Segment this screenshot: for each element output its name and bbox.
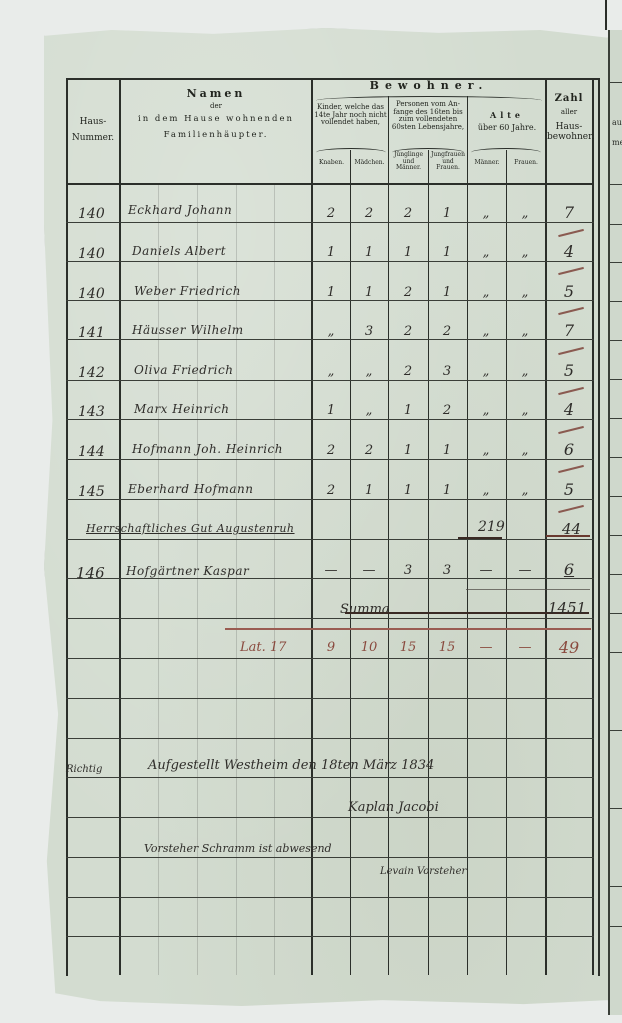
red-rule: [225, 628, 591, 630]
cell-juenglinge: 1: [389, 245, 427, 260]
col-rule: [388, 96, 389, 975]
cell-maenner: „: [467, 483, 505, 498]
cell-knaben: —: [312, 563, 350, 578]
household-head: Eckhard Johann: [128, 203, 232, 217]
cell-frauen: „: [506, 483, 544, 498]
cell-juenglinge: 3: [389, 563, 427, 578]
cell-maenner: „: [467, 443, 505, 458]
header-kinder: Kinder, welche das 14te Jahr noch nicht …: [313, 104, 388, 127]
cell-frauen: „: [506, 403, 544, 418]
header-rule: [66, 183, 594, 185]
cell-maedchen: 1: [350, 483, 388, 498]
house-number: 146: [76, 564, 105, 582]
summa-total: 1451: [548, 599, 586, 617]
row-rule: [66, 817, 594, 818]
cell-frauen: „: [506, 285, 544, 300]
cell-zahl: 5: [550, 361, 588, 380]
cell-maedchen: 3: [350, 324, 388, 339]
struck-entry-count: 219: [478, 519, 505, 535]
cell-jungfrauen: 1: [428, 285, 466, 300]
signature-vorsteher: Levain Vorsteher: [380, 866, 466, 877]
signature-kaplan: Kaplan Jacobi: [348, 800, 439, 815]
red-total-juenglinge: 15: [389, 640, 427, 655]
margin-note: Richtig: [66, 764, 102, 775]
cell-maenner: „: [467, 324, 505, 339]
cell-maenner: „: [467, 206, 505, 221]
red-total-knaben: 9: [312, 640, 350, 655]
header-zahl: Zahl aller Haus- bewohner.: [547, 93, 591, 142]
row-rule: [66, 698, 594, 699]
cell-jungfrauen: 2: [428, 324, 466, 339]
household-head: Hofmann Joh. Heinrich: [132, 442, 283, 456]
header-maenner: Männer.: [468, 160, 506, 167]
cell-zahl: 4: [550, 400, 588, 419]
cell-frauen: „: [506, 324, 544, 339]
wavy-rule: [466, 589, 590, 590]
adjacent-sheet-text: aus-: [612, 118, 622, 127]
header-frauen: Frauen.: [507, 160, 545, 167]
header-brace: [316, 148, 386, 157]
header-brace: [471, 148, 541, 157]
red-total-label: Lat. 17: [240, 640, 286, 655]
cell-maedchen: 2: [350, 206, 388, 221]
cell-maenner: —: [467, 563, 505, 578]
note-line: Vorsteher Schramm ist abwesend: [144, 842, 332, 855]
header-namen: Namen der in dem Hause wohnenden Familie…: [121, 88, 311, 140]
row-rule: [66, 459, 594, 460]
cell-knaben: „: [312, 324, 350, 339]
cell-zahl: 4: [550, 242, 588, 261]
cell-maenner: „: [467, 364, 505, 379]
cell-juenglinge: 2: [389, 206, 427, 221]
cell-juenglinge: 1: [389, 483, 427, 498]
row-rule: [66, 936, 594, 937]
cell-jungfrauen: 2: [428, 403, 466, 418]
cell-maenner: „: [467, 245, 505, 260]
household-head: Weber Friedrich: [134, 284, 241, 298]
row-rule: [66, 777, 594, 778]
cell-juenglinge: 1: [389, 403, 427, 418]
summa-label: Summa: [340, 602, 390, 617]
row-rule: [66, 419, 594, 420]
attestation-line: Aufgestellt Westheim den 18ten März 1834: [148, 758, 434, 773]
household-head: Eberhard Hofmann: [128, 482, 254, 496]
household-head: Daniels Albert: [132, 244, 226, 258]
row-rule: [66, 857, 594, 858]
cell-knaben: 1: [312, 285, 350, 300]
header-knaben: Knaben.: [313, 160, 350, 167]
cell-zahl: 7: [550, 203, 588, 222]
scanner-edge: [605, 0, 607, 30]
cell-jungfrauen: 1: [428, 483, 466, 498]
house-number: 140: [78, 286, 105, 302]
row-rule: [66, 261, 594, 262]
cell-maedchen: 1: [350, 285, 388, 300]
cell-juenglinge: 2: [389, 285, 427, 300]
strikethrough: [458, 537, 502, 539]
cell-frauen: „: [506, 245, 544, 260]
cell-frauen: „: [506, 364, 544, 379]
cell-jungfrauen: 1: [428, 206, 466, 221]
col-rule: [592, 78, 594, 975]
cell-jungfrauen: 1: [428, 443, 466, 458]
row-rule: [66, 380, 594, 381]
cell-jungfrauen: 1: [428, 245, 466, 260]
cell-knaben: 1: [312, 403, 350, 418]
house-number: 145: [78, 484, 105, 500]
household-head: Oliva Friedrich: [134, 363, 233, 377]
house-number: 140: [78, 246, 105, 262]
house-number: 143: [78, 404, 105, 420]
cell-maedchen: 1: [350, 245, 388, 260]
cell-zahl: 6: [550, 560, 588, 579]
cell-knaben: „: [312, 364, 350, 379]
header-bewohner: Bewohner.: [313, 80, 545, 92]
strikethrough: [546, 535, 590, 537]
header-maedchen: Mädchen.: [351, 160, 388, 167]
cell-zahl: 6: [550, 440, 588, 459]
house-number: 141: [78, 325, 105, 341]
red-total-maenner: —: [467, 640, 505, 655]
red-total-zahl: 49: [550, 638, 588, 657]
red-total-jungfrauen: 15: [428, 640, 466, 655]
header-haus-nummer: Haus- Nummer.: [68, 118, 118, 144]
col-rule: [545, 78, 547, 975]
cell-knaben: 2: [312, 483, 350, 498]
cell-jungfrauen: 3: [428, 563, 466, 578]
row-rule: [66, 897, 594, 898]
row-rule: [66, 658, 594, 659]
cell-knaben: 2: [312, 443, 350, 458]
row-rule: [66, 539, 594, 540]
cell-zahl: 5: [550, 480, 588, 499]
cell-maedchen: „: [350, 364, 388, 379]
row-rule: [66, 339, 594, 340]
row-rule: [66, 222, 594, 223]
row-rule: [66, 499, 594, 500]
col-rule: [467, 96, 468, 975]
row-rule: [66, 618, 594, 619]
house-number: 142: [78, 365, 105, 381]
house-number: 140: [78, 206, 105, 222]
cell-juenglinge: 2: [389, 364, 427, 379]
cell-frauen: „: [506, 206, 544, 221]
red-total-frauen: —: [506, 640, 544, 655]
header-personen: Personen vom An- fange des 16ten bis zum…: [390, 101, 466, 132]
cell-zahl: 5: [550, 282, 588, 301]
cell-maenner: „: [467, 285, 505, 300]
cell-frauen: „: [506, 443, 544, 458]
red-total-maedchen: 10: [350, 640, 388, 655]
household-head: Häusser Wilhelm: [132, 323, 244, 337]
cell-maedchen: —: [350, 563, 388, 578]
row-rule: [66, 738, 594, 739]
cell-knaben: 2: [312, 206, 350, 221]
cell-maenner: „: [467, 403, 505, 418]
household-head: Marx Heinrich: [134, 402, 229, 416]
household-head: Hofgärtner Kaspar: [126, 564, 249, 578]
struck-entry-name: Herrschaftliches Gut Augustenruh: [86, 522, 295, 535]
row-rule: [66, 300, 594, 301]
house-number: 144: [78, 444, 105, 460]
adjacent-sheet-text: mer: [612, 138, 622, 147]
cell-maedchen: 2: [350, 443, 388, 458]
cell-juenglinge: 2: [389, 324, 427, 339]
cell-jungfrauen: 3: [428, 364, 466, 379]
cell-juenglinge: 1: [389, 443, 427, 458]
row-rule: [66, 578, 594, 579]
cell-maedchen: „: [350, 403, 388, 418]
header-alte: Alte über 60 Jahre.: [469, 111, 545, 133]
cell-zahl: 7: [550, 321, 588, 340]
header-jungfrauen: Jungfrauen und Frauen.: [429, 152, 467, 172]
header-juenglinge: Jünglinge und Männer.: [389, 152, 428, 172]
adjacent-sheet-edge: aus- mer: [608, 30, 622, 1015]
cell-frauen: —: [506, 563, 544, 578]
cell-knaben: 1: [312, 245, 350, 260]
